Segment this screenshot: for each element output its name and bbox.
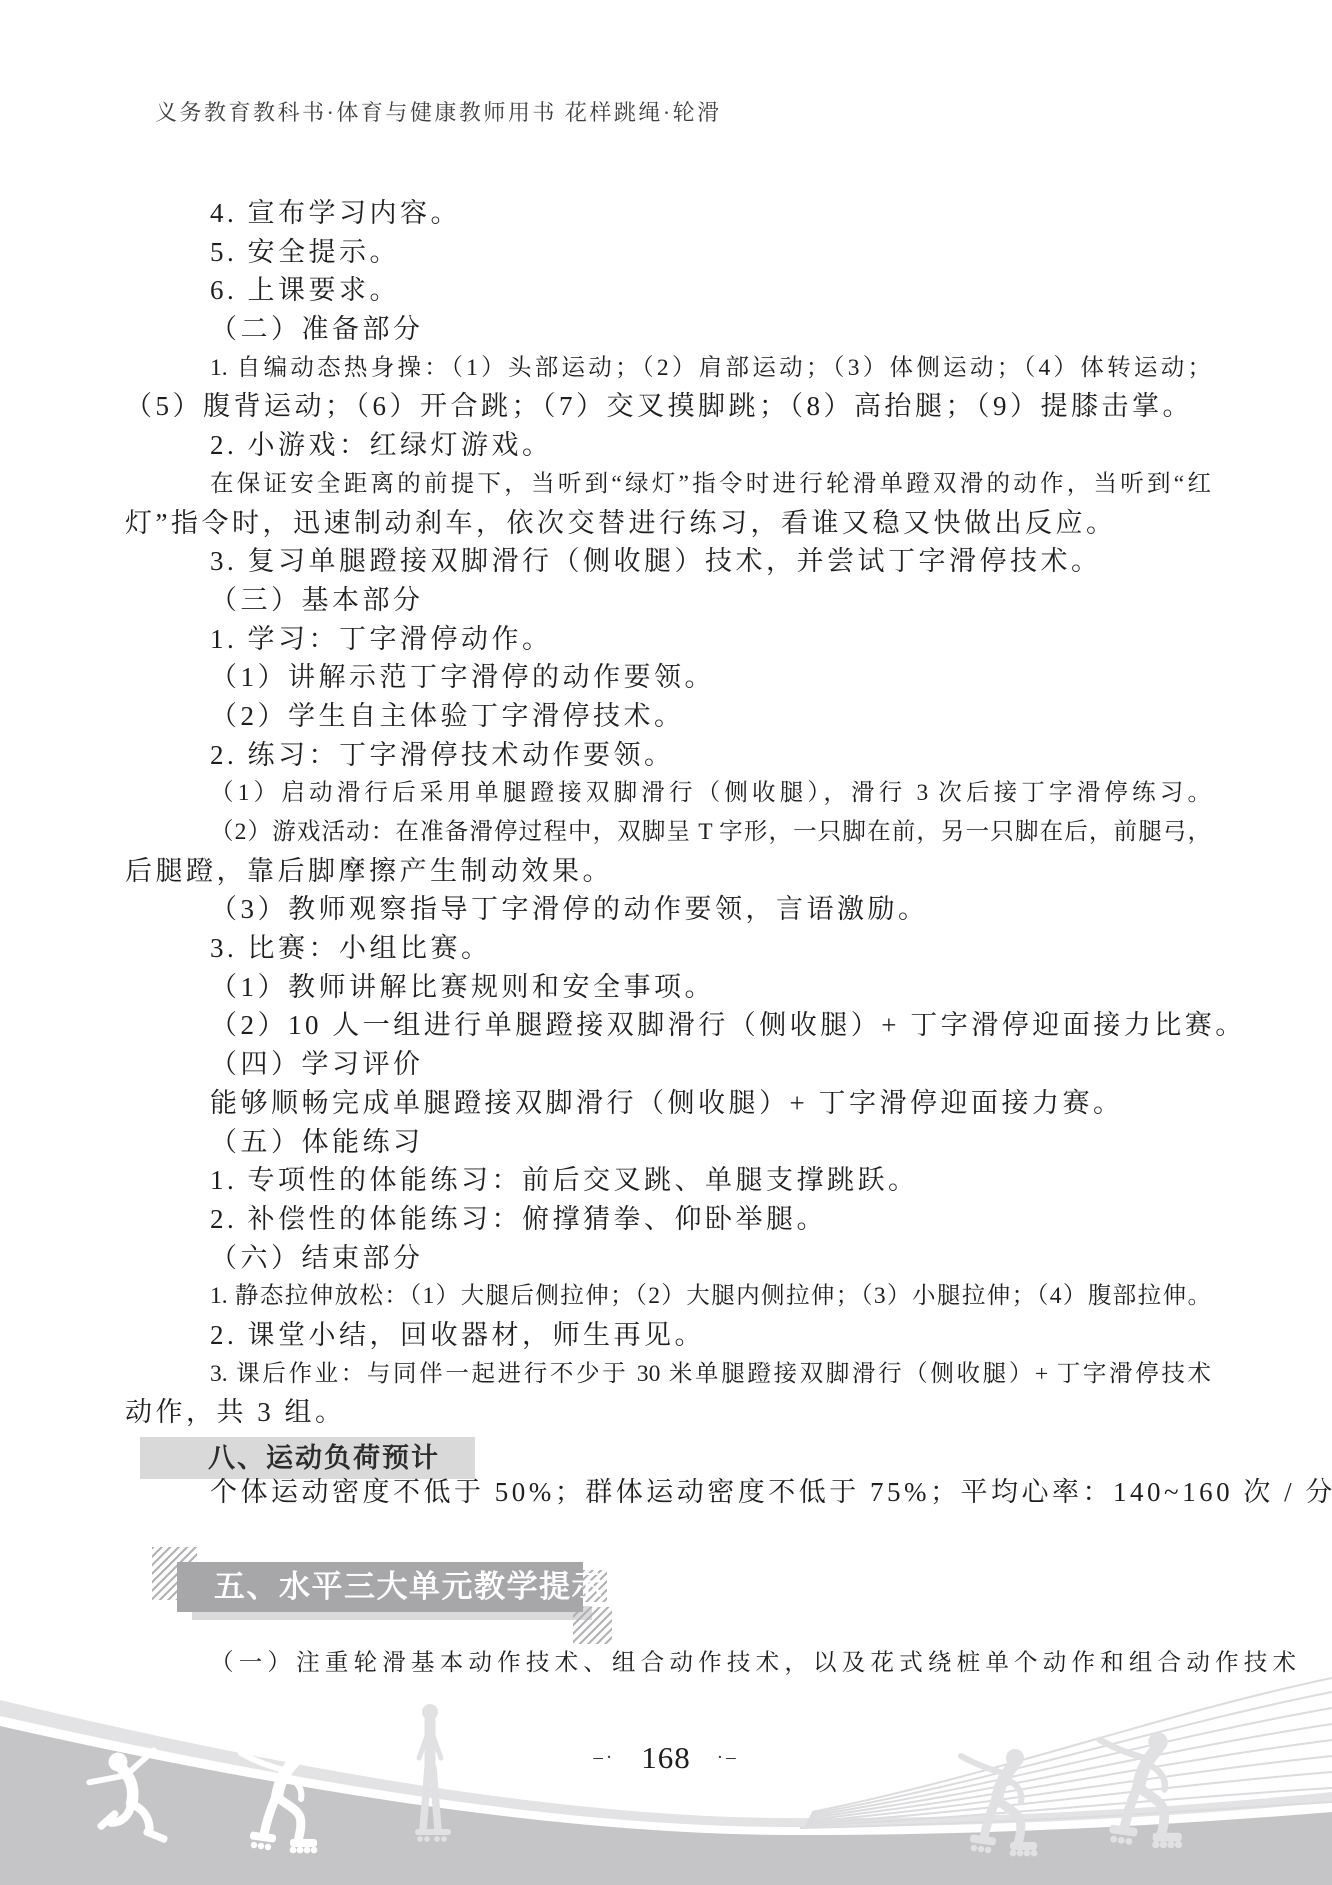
lesson-plan-line: （1）讲解示范丁字滑停的动作要领。 (125, 658, 1211, 697)
lesson-plan-line: 2. 补偿性的体能练习：俯撑猜拳、仰卧举腿。 (125, 1200, 1211, 1239)
lesson-plan-line: （2）学生自主体验丁字滑停技术。 (125, 697, 1211, 736)
lesson-plan-line: 3. 比赛：小组比赛。 (125, 929, 1211, 968)
lesson-plan-line: 5. 安全提示。 (125, 233, 1211, 272)
lesson-plan-line: （1）教师讲解比赛规则和安全事项。 (125, 968, 1211, 1007)
chapter-banner-title: 五、水平三大单元教学提示 (214, 1569, 604, 1604)
lesson-plan-line: 4. 宣布学习内容。 (125, 194, 1211, 233)
lesson-plan-line: 1. 自编动态热身操：（1）头部运动；（2）肩部运动；（3）体侧运动；（4）体转… (125, 349, 1211, 388)
lesson-plan-line: 1. 专项性的体能练习：前后交叉跳、单腿支撑跳跃。 (125, 1161, 1211, 1200)
book-page: 义务教育教科书·体育与健康教师用书 花样跳绳·轮滑 4. 宣布学习内容。5. 安… (0, 0, 1332, 1885)
lesson-plan-line: 6. 上课要求。 (125, 271, 1211, 310)
lesson-plan-line: 2. 练习：丁字滑停技术动作要领。 (125, 736, 1211, 775)
running-head: 义务教育教科书·体育与健康教师用书 花样跳绳·轮滑 (155, 96, 722, 127)
lesson-plan-line: （五）体能练习 (125, 1123, 1211, 1162)
lesson-plan-line: （5）腹背运动；（6）开合跳；（7）交叉摸脚跳；（8）高抬腿；（9）提膝击掌。 (125, 387, 1211, 426)
lesson-plan-line: （2）游戏活动：在准备滑停过程中，双脚呈 T 字形，一只脚在前，另一只脚在后，前… (125, 813, 1211, 852)
lesson-plan-line: （六）结束部分 (125, 1239, 1211, 1278)
lesson-plan-line: 1. 静态拉伸放松：（1）大腿后侧拉伸；（2）大腿内侧拉伸；（3）小腿拉伸；（4… (125, 1277, 1211, 1316)
page-number-decor-left: –· (593, 1747, 615, 1769)
lesson-plan-line: （四）学习评价 (125, 1045, 1211, 1084)
lesson-plan-line: 能够顺畅完成单腿蹬接双脚滑行（侧收腿）+ 丁字滑停迎面接力赛。 (125, 1084, 1211, 1123)
lesson-plan-line: （1）启动滑行后采用单腿蹬接双脚滑行（侧收腿），滑行 3 次后接丁字滑停练习。 (125, 774, 1211, 813)
lesson-plan-line: （三）基本部分 (125, 581, 1211, 620)
lesson-plan-line: 2. 小游戏：红绿灯游戏。 (125, 426, 1211, 465)
lesson-plan-line: 3. 课后作业：与同伴一起进行不少于 30 米单腿蹬接双脚滑行（侧收腿）+ 丁字… (125, 1355, 1211, 1394)
page-number-area: –· 168 ·– (0, 1736, 1332, 1780)
lesson-plan-line: 2. 课堂小结，回收器材，师生再见。 (125, 1316, 1211, 1355)
lesson-plan-text: 4. 宣布学习内容。5. 安全提示。6. 上课要求。（二）准备部分1. 自编动态… (125, 194, 1211, 1432)
lesson-plan-line: 灯”指令时，迅速制动刹车，依次交替进行练习，看谁又稳又快做出反应。 (125, 504, 1211, 543)
lesson-plan-line: 动作，共 3 组。 (125, 1393, 1211, 1432)
lesson-plan-line: 3. 复习单腿蹬接双脚滑行（侧收腿）技术，并尝试丁字滑停技术。 (125, 542, 1211, 581)
chapter-intro-text: （一）注重轮滑基本动作技术、组合动作技术，以及花式绕桩单个动作和组合动作技术 (125, 1644, 1296, 1683)
section-heading-sport-load-label: 八、运动负荷预计 (208, 1443, 440, 1473)
lesson-plan-line: （二）准备部分 (125, 310, 1211, 349)
lesson-plan-line: 后腿蹬，靠后脚摩擦产生制动效果。 (125, 852, 1211, 891)
page-number-decor-right: ·– (717, 1747, 739, 1769)
lesson-plan-line: 在保证安全距离的前提下，当听到“绿灯”指令时进行轮滑单蹬双滑的动作，当听到“红 (125, 465, 1211, 504)
page-number: 168 (641, 1740, 691, 1776)
lesson-plan-line: （3）教师观察指导丁字滑停的动作要领，言语激励。 (125, 890, 1211, 929)
chapter-banner: 五、水平三大单元教学提示 (177, 1562, 583, 1612)
lesson-plan-line: （2）10 人一组进行单腿蹬接双脚滑行（侧收腿）+ 丁字滑停迎面接力比赛。 (125, 1006, 1211, 1045)
hatch-decoration-bottom-right (573, 1607, 612, 1644)
sport-load-text: 个体运动密度不低于 50%；群体运动密度不低于 75%；平均心率：140~160… (125, 1473, 1296, 1512)
lesson-plan-line: 1. 学习：丁字滑停动作。 (125, 620, 1211, 659)
